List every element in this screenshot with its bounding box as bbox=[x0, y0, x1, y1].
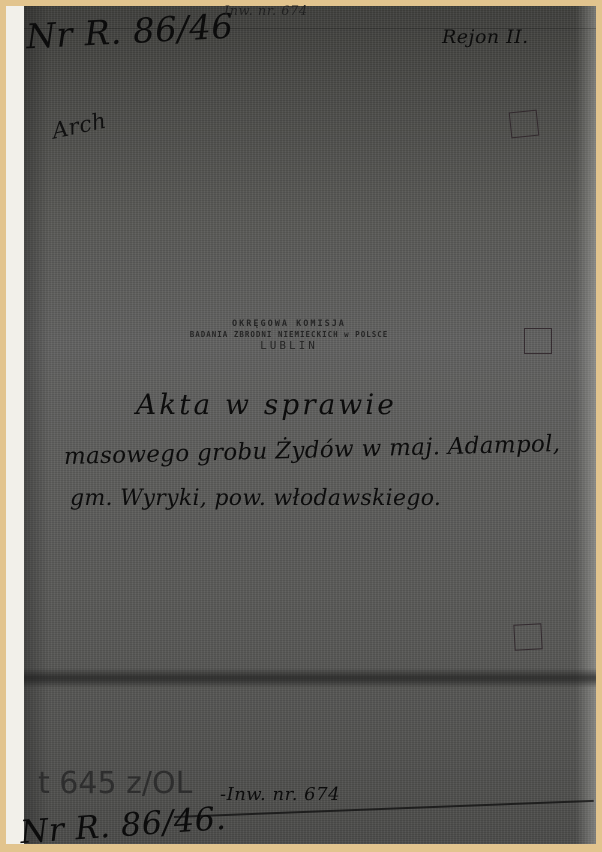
stamp-line-2: BADANIA ZBRODNI NIEMIECKICH w POLSCE bbox=[174, 330, 404, 339]
photocopy-page: Nr R. 86/46 Inw. nr. 674 Rejon II. Arch … bbox=[24, 6, 596, 844]
inventory-number-top: Inw. nr. 674 bbox=[224, 4, 308, 19]
square-mark-3 bbox=[513, 623, 542, 650]
title-line-2: masowego grobu Żydów w maj. Adampol, bbox=[64, 431, 561, 470]
case-number-top: Nr R. 86/46 bbox=[25, 7, 234, 58]
commission-stamp: OKRĘGOWA KOMISJA BADANIA ZBRODNI NIEMIEC… bbox=[174, 319, 404, 353]
title-line-3: gm. Wyryki, pow. włodawskiego. bbox=[70, 486, 441, 511]
shadow-edge-left bbox=[24, 6, 48, 844]
document-sheet: Nr R. 86/46 Inw. nr. 674 Rejon II. Arch … bbox=[6, 6, 596, 844]
inventory-number-bottom: -Inw. nr. 674 bbox=[220, 784, 340, 805]
region-label: Rejon II. bbox=[442, 26, 529, 48]
square-mark-1 bbox=[509, 110, 540, 139]
stamp-line-3: LUBLIN bbox=[174, 339, 404, 353]
title-line-1: Akta w sprawie bbox=[136, 388, 397, 421]
shadow-edge-right bbox=[576, 6, 596, 844]
square-mark-2 bbox=[524, 328, 552, 354]
archive-signature: t 645 z/OL bbox=[38, 766, 192, 801]
margin-note: Arch bbox=[50, 109, 109, 145]
case-number-bottom: Nr R. 86/46. bbox=[19, 799, 227, 851]
fold-band bbox=[24, 668, 596, 688]
stamp-line-1: OKRĘGOWA KOMISJA bbox=[174, 319, 404, 330]
